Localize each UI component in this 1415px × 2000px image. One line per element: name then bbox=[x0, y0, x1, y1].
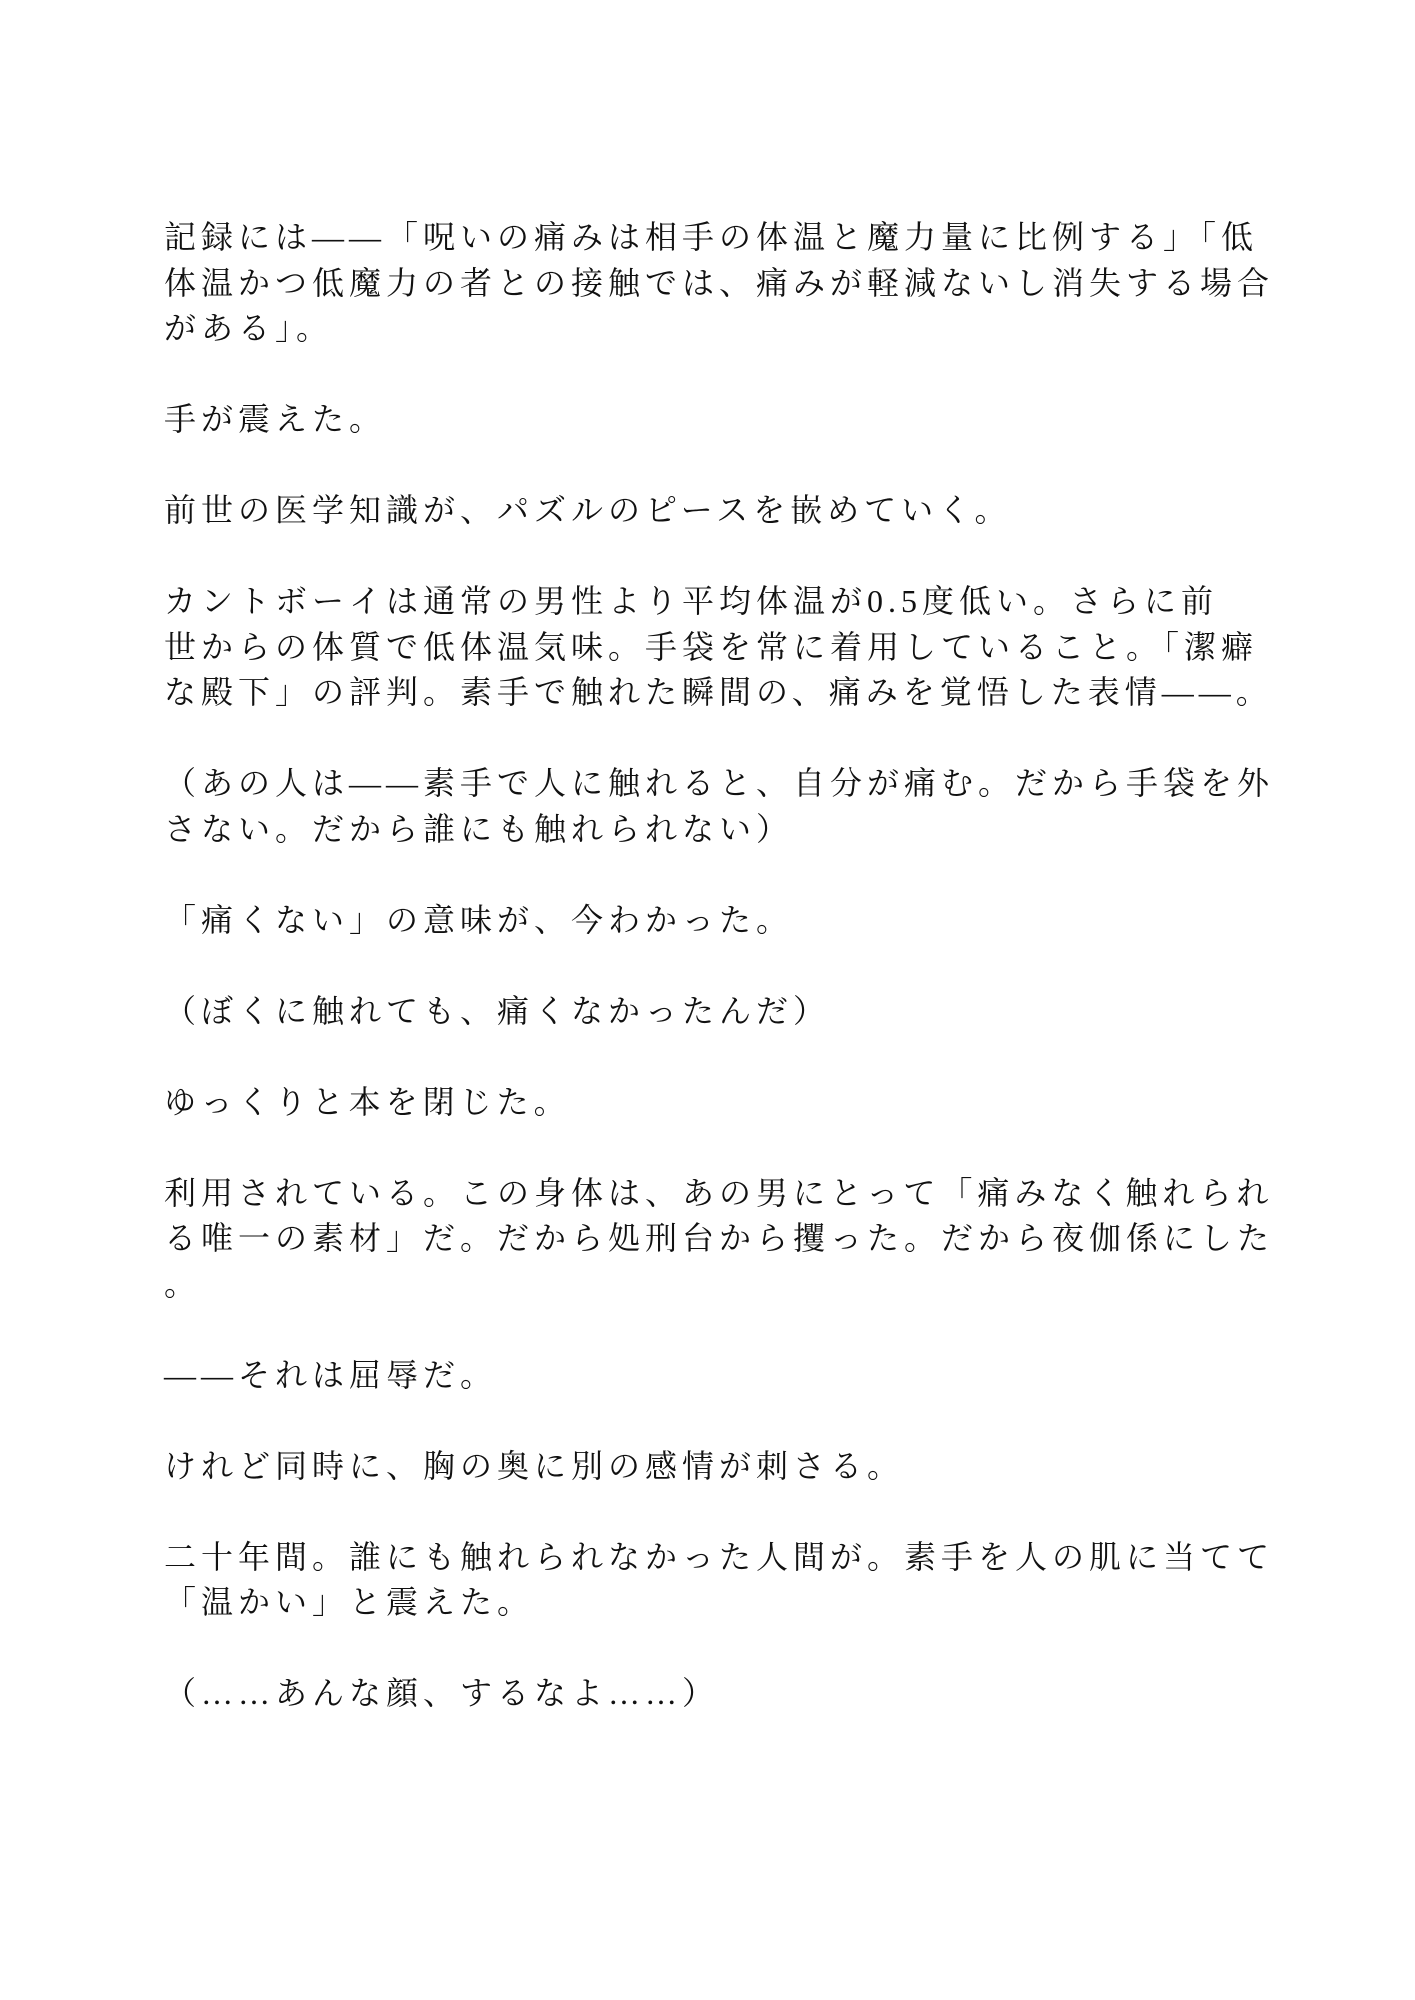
text-line: （ぼくに触れても、痛くなかったんだ） bbox=[164, 989, 1284, 1035]
paragraph: （……あんな顔、するなよ……） bbox=[164, 1671, 1284, 1717]
paragraph: （あの人は――素手で人に触れると、自分が痛む。だから手袋を外 さない。だから誰に… bbox=[164, 761, 1284, 852]
text-line: 「痛くない」の意味が、今わかった。 bbox=[164, 898, 1284, 944]
paragraph: けれど同時に、胸の奥に別の感情が刺さる。 bbox=[164, 1444, 1284, 1490]
paragraph: 前世の医学知識が、パズルのピースを嵌めていく。 bbox=[164, 488, 1284, 534]
paragraph: ――それは屈辱だ。 bbox=[164, 1353, 1284, 1399]
paragraph: カントボーイは通常の男性より平均体温が0.5度低い。さらに前 世からの体質で低体… bbox=[164, 579, 1284, 716]
text-line: ――それは屈辱だ。 bbox=[164, 1353, 1284, 1399]
text-line: 二十年間。誰にも触れられなかった人間が。素手を人の肌に当てて bbox=[164, 1535, 1284, 1581]
paragraph: （ぼくに触れても、痛くなかったんだ） bbox=[164, 989, 1284, 1035]
paragraph: 二十年間。誰にも触れられなかった人間が。素手を人の肌に当てて 「温かい」と震えた… bbox=[164, 1535, 1284, 1626]
paragraph: 「痛くない」の意味が、今わかった。 bbox=[164, 898, 1284, 944]
paragraph: 利用されている。この身体は、あの男にとって「痛みなく触れられ る唯一の素材」だ。… bbox=[164, 1171, 1284, 1308]
text-line: カントボーイは通常の男性より平均体温が0.5度低い。さらに前 bbox=[164, 579, 1284, 625]
text-line: 利用されている。この身体は、あの男にとって「痛みなく触れられ bbox=[164, 1171, 1284, 1217]
text-line: （あの人は――素手で人に触れると、自分が痛む。だから手袋を外 bbox=[164, 761, 1284, 807]
document-page: 記録には――「呪いの痛みは相手の体温と魔力量に比例する」「低 体温かつ低魔力の者… bbox=[0, 0, 1415, 2000]
text-line: 記録には――「呪いの痛みは相手の体温と魔力量に比例する」「低 bbox=[164, 215, 1284, 261]
text-line: ゆっくりと本を閉じた。 bbox=[164, 1080, 1284, 1126]
text-line: けれど同時に、胸の奥に別の感情が刺さる。 bbox=[164, 1444, 1284, 1490]
text-line: さない。だから誰にも触れられない） bbox=[164, 807, 1284, 853]
text-line: （……あんな顔、するなよ……） bbox=[164, 1671, 1284, 1717]
text-line: 。 bbox=[164, 1262, 1284, 1308]
paragraph: ゆっくりと本を閉じた。 bbox=[164, 1080, 1284, 1126]
text-line: 手が震えた。 bbox=[164, 397, 1284, 443]
text-line: る唯一の素材」だ。だから処刑台から攫った。だから夜伽係にした bbox=[164, 1216, 1284, 1262]
text-line: な殿下」の評判。素手で触れた瞬間の、痛みを覚悟した表情――。 bbox=[164, 670, 1284, 716]
novel-text-block: 記録には――「呪いの痛みは相手の体温と魔力量に比例する」「低 体温かつ低魔力の者… bbox=[164, 215, 1284, 1762]
text-line: 世からの体質で低体温気味。手袋を常に着用していること。「潔癖 bbox=[164, 625, 1284, 671]
text-line: 「温かい」と震えた。 bbox=[164, 1580, 1284, 1626]
paragraph: 記録には――「呪いの痛みは相手の体温と魔力量に比例する」「低 体温かつ低魔力の者… bbox=[164, 215, 1284, 352]
text-line: 前世の医学知識が、パズルのピースを嵌めていく。 bbox=[164, 488, 1284, 534]
text-line: 体温かつ低魔力の者との接触では、痛みが軽減ないし消失する場合 bbox=[164, 261, 1284, 307]
text-line: がある」。 bbox=[164, 306, 1284, 352]
paragraph: 手が震えた。 bbox=[164, 397, 1284, 443]
